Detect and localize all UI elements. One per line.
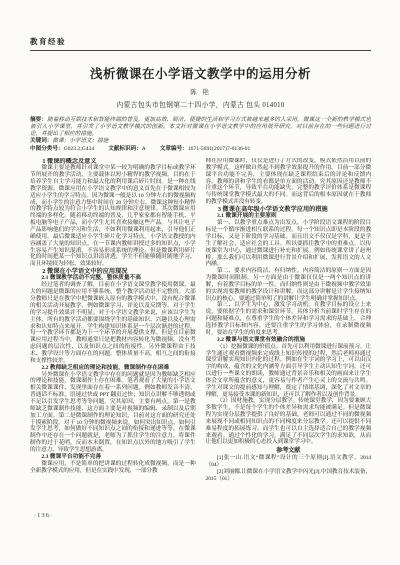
section-2-2-paragraph: 另外微课在小学语文教学中存在的问题就是因为教师缺乏相应的理论和技能，微课制作上存…	[30, 372, 196, 454]
clc-label: 中图分类号：	[30, 146, 64, 152]
section-2-3-heading: 2.3 微课平台功能不完善	[30, 454, 196, 461]
article-no-segment: 文章编号：1671-5691(2017)7-0136-01	[160, 146, 250, 153]
keywords-line: 关键词：微课；小学语文；措施	[30, 138, 108, 144]
body-columns: 1 微课的概念及意义 微课主要是教师针对课堂中某一较为明确的教学目标或教学环节所…	[30, 158, 371, 538]
section-3-1-paragraph-1: 第一、以教学重点难点为出发点。小学阶段语文课程的阶段目标是一个循序渐进相互联系的…	[206, 220, 372, 268]
abstract-text: 随着移动互联技术和智能终端的普及，更加高效、简洁、便捷的生活和学习方式被越来越多…	[30, 117, 371, 137]
keywords-label: 关键词：	[30, 138, 52, 144]
section-1-paragraph: 微课主要是教师针对课堂中某一较为明确的教学目标或教学环节所展开的教学活动，主要载…	[30, 165, 196, 268]
keywords-text: 微课；小学语文；措施	[52, 138, 108, 144]
article-no-label: 文章编号：	[160, 146, 188, 152]
keywords-block: 关键词：微课；小学语文；措施	[30, 138, 371, 145]
left-column: 1 微课的概念及意义 微课主要是教师针对课堂中某一较为明确的教学目标或教学环节所…	[30, 158, 196, 538]
reference-item-1: [1]张一山.语文“微课程”设计的三个原则[J].语文教学，2014（04）.	[206, 455, 372, 469]
reference-item-2: [2]刘丽娜.让微课在小学语文教学中闪光[J].中国教育技术装备，2015（01…	[206, 469, 372, 483]
doc-code-segment: 文献标识码：A	[108, 146, 146, 153]
abstract-block: 摘要：随着移动互联技术和智能终端的普及，更加高效、简洁、便捷的生活和学习方式被越…	[30, 117, 371, 138]
journal-column-header: 教育经验	[30, 36, 371, 51]
paper-title: 浅析微课在小学语文教学中的运用分析	[30, 64, 371, 82]
author-name: 陈 艳	[30, 87, 371, 96]
section-3-2-paragraph-2: （2）因材施教，实现分层教学。传统课堂教学，因为要兼顾大多数学生，不是每个学生的…	[206, 398, 372, 446]
section-3-2-heading: 3.2 微课与语文课堂有效融合的措施	[206, 337, 372, 344]
page-content: 教育经验 浅析微课在小学语文教学中的运用分析 陈 艳 内蒙古包头市包钢第二十四小…	[30, 36, 371, 538]
section-2-2-heading: 2.2 教师缺乏相应的理论和技能，微课制作存在困难	[30, 365, 196, 372]
doc-code-label: 文献标识码：	[108, 146, 142, 152]
clc-segment: 中图分类号：G623.2;G434	[30, 146, 94, 153]
abstract-paragraph: 摘要：随着移动互联技术和智能终端的普及，更加高效、简洁、便捷的生活和学习方式被越…	[30, 117, 371, 137]
classification-line: 中图分类号：G623.2;G434 文献标识码：A 文章编号：1671-5691…	[30, 146, 371, 153]
clc-value: G623.2;G434	[64, 146, 95, 152]
section-3-1-paragraph-2: 第二、要求内容简洁、有归纳性。内容简洁的原则一方面是因为微课时间限制。另一方面是…	[206, 268, 372, 302]
paper-page: 教育经验 浅析微课在小学语文教学中的运用分析 陈 艳 内蒙古包头市包钢第二十四小…	[0, 0, 400, 565]
section-2-3-paragraph: 微课应用，不是简单的把讲课的过程转化成微视频，而是一种全新教学模式的应用，但是在…	[30, 461, 196, 475]
section-3-2-paragraph-1: （1）挖掘微课的价值点。首先可以利用微课进行课前预习。让学生通过观看微视频来完成…	[206, 344, 372, 399]
page-number: ·136·	[34, 512, 53, 519]
right-column: 师在应用微课时，仅仅是进行了方式的改变，模式依然沿用以前的教学模式。这样做自然起…	[206, 158, 372, 538]
section-2-1-paragraph: 经过笔者的调查了解，目前在小学语文课堂教学使用微课，最大的问题是微课的应用不够系…	[30, 282, 196, 364]
section-3-1-paragraph-3: 第三、以学生为中心，激发学习动机。在教学目标的设立上来说，要依据学生的需求和课堂…	[206, 302, 372, 336]
affiliation: 内蒙古包头市包钢第二十四小学，内蒙古 包头 014010	[30, 99, 371, 109]
abstract-label: 摘要：	[30, 117, 47, 123]
section-2-3-continuation: 师在应用微课时，仅仅是进行了方式的改变，模式依然沿用以前的教学模式。这样做自然起…	[206, 158, 372, 206]
article-no-value: 1671-5691(2017)7-0136-01	[188, 146, 250, 152]
doc-code-value: A	[142, 146, 146, 152]
